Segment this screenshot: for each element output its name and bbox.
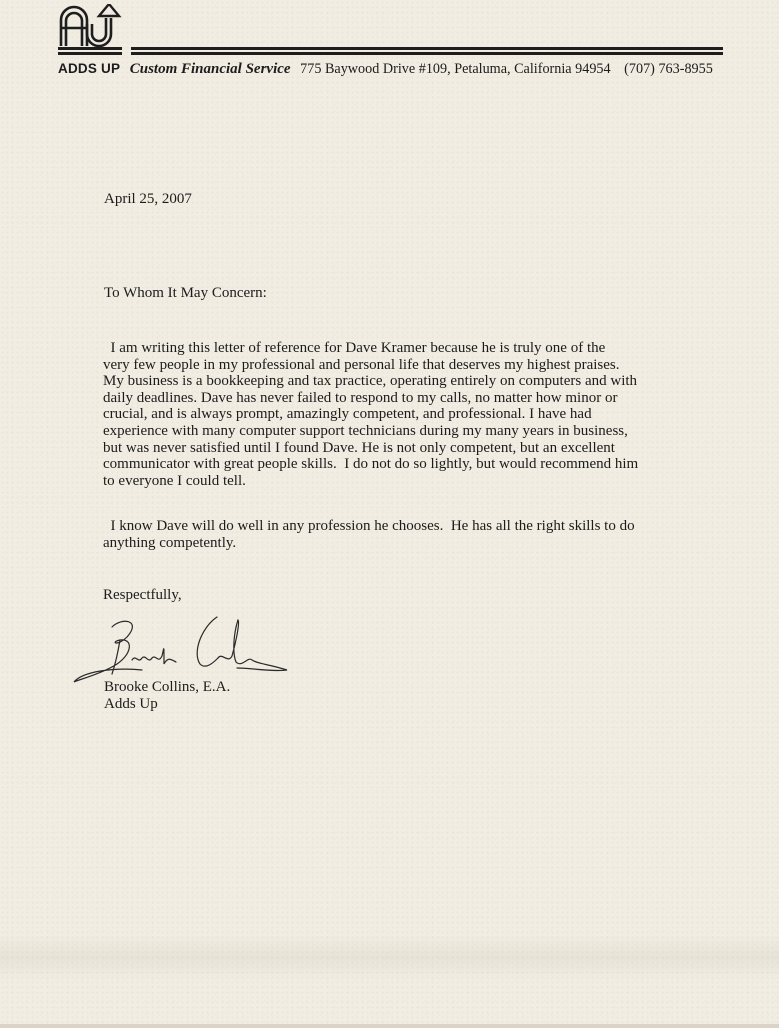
body-paragraph-1: I am writing this letter of reference fo… <box>103 340 673 489</box>
paragraph-line: My business is a bookkeeping and tax pra… <box>103 373 673 390</box>
letter-date: April 25, 2007 <box>104 191 192 208</box>
letterhead-rule-right <box>131 47 723 55</box>
paragraph-line: communicator with great people skills. I… <box>103 456 673 473</box>
paper-fold-shadow <box>0 935 779 980</box>
paragraph-line: very few people in my professional and p… <box>103 357 673 374</box>
company-address: 775 Baywood Drive #109, Petaluma, Califo… <box>300 61 611 77</box>
salutation: To Whom It May Concern: <box>104 285 267 302</box>
signer-company: Adds Up <box>104 696 158 713</box>
closing: Respectfully, <box>103 587 182 604</box>
paragraph-line: experience with many computer support te… <box>103 423 673 440</box>
paragraph-line: daily deadlines. Dave has never failed t… <box>103 390 673 407</box>
paragraph-line: I am writing this letter of reference fo… <box>103 340 673 357</box>
paragraph-line: to everyone I could tell. <box>103 473 673 490</box>
paragraph-line: I know Dave will do well in any professi… <box>103 518 673 535</box>
letterhead-line: ADDS UP Custom Financial Service 775 Bay… <box>58 61 713 78</box>
letterhead-rule-left <box>58 47 122 55</box>
paragraph-line: crucial, and is always prompt, amazingly… <box>103 406 673 423</box>
paragraph-line: anything competently. <box>103 535 673 552</box>
company-tagline: Custom Financial Service <box>130 61 291 77</box>
signer-name: Brooke Collins, E.A. <box>104 679 230 696</box>
body-paragraph-2: I know Dave will do well in any professi… <box>103 518 673 551</box>
brand-name: ADDS UP <box>58 61 120 76</box>
paragraph-line: but was never satisfied until I found Da… <box>103 440 673 457</box>
company-phone: (707) 763-8955 <box>624 61 713 77</box>
page-bottom-edge <box>0 1024 779 1028</box>
